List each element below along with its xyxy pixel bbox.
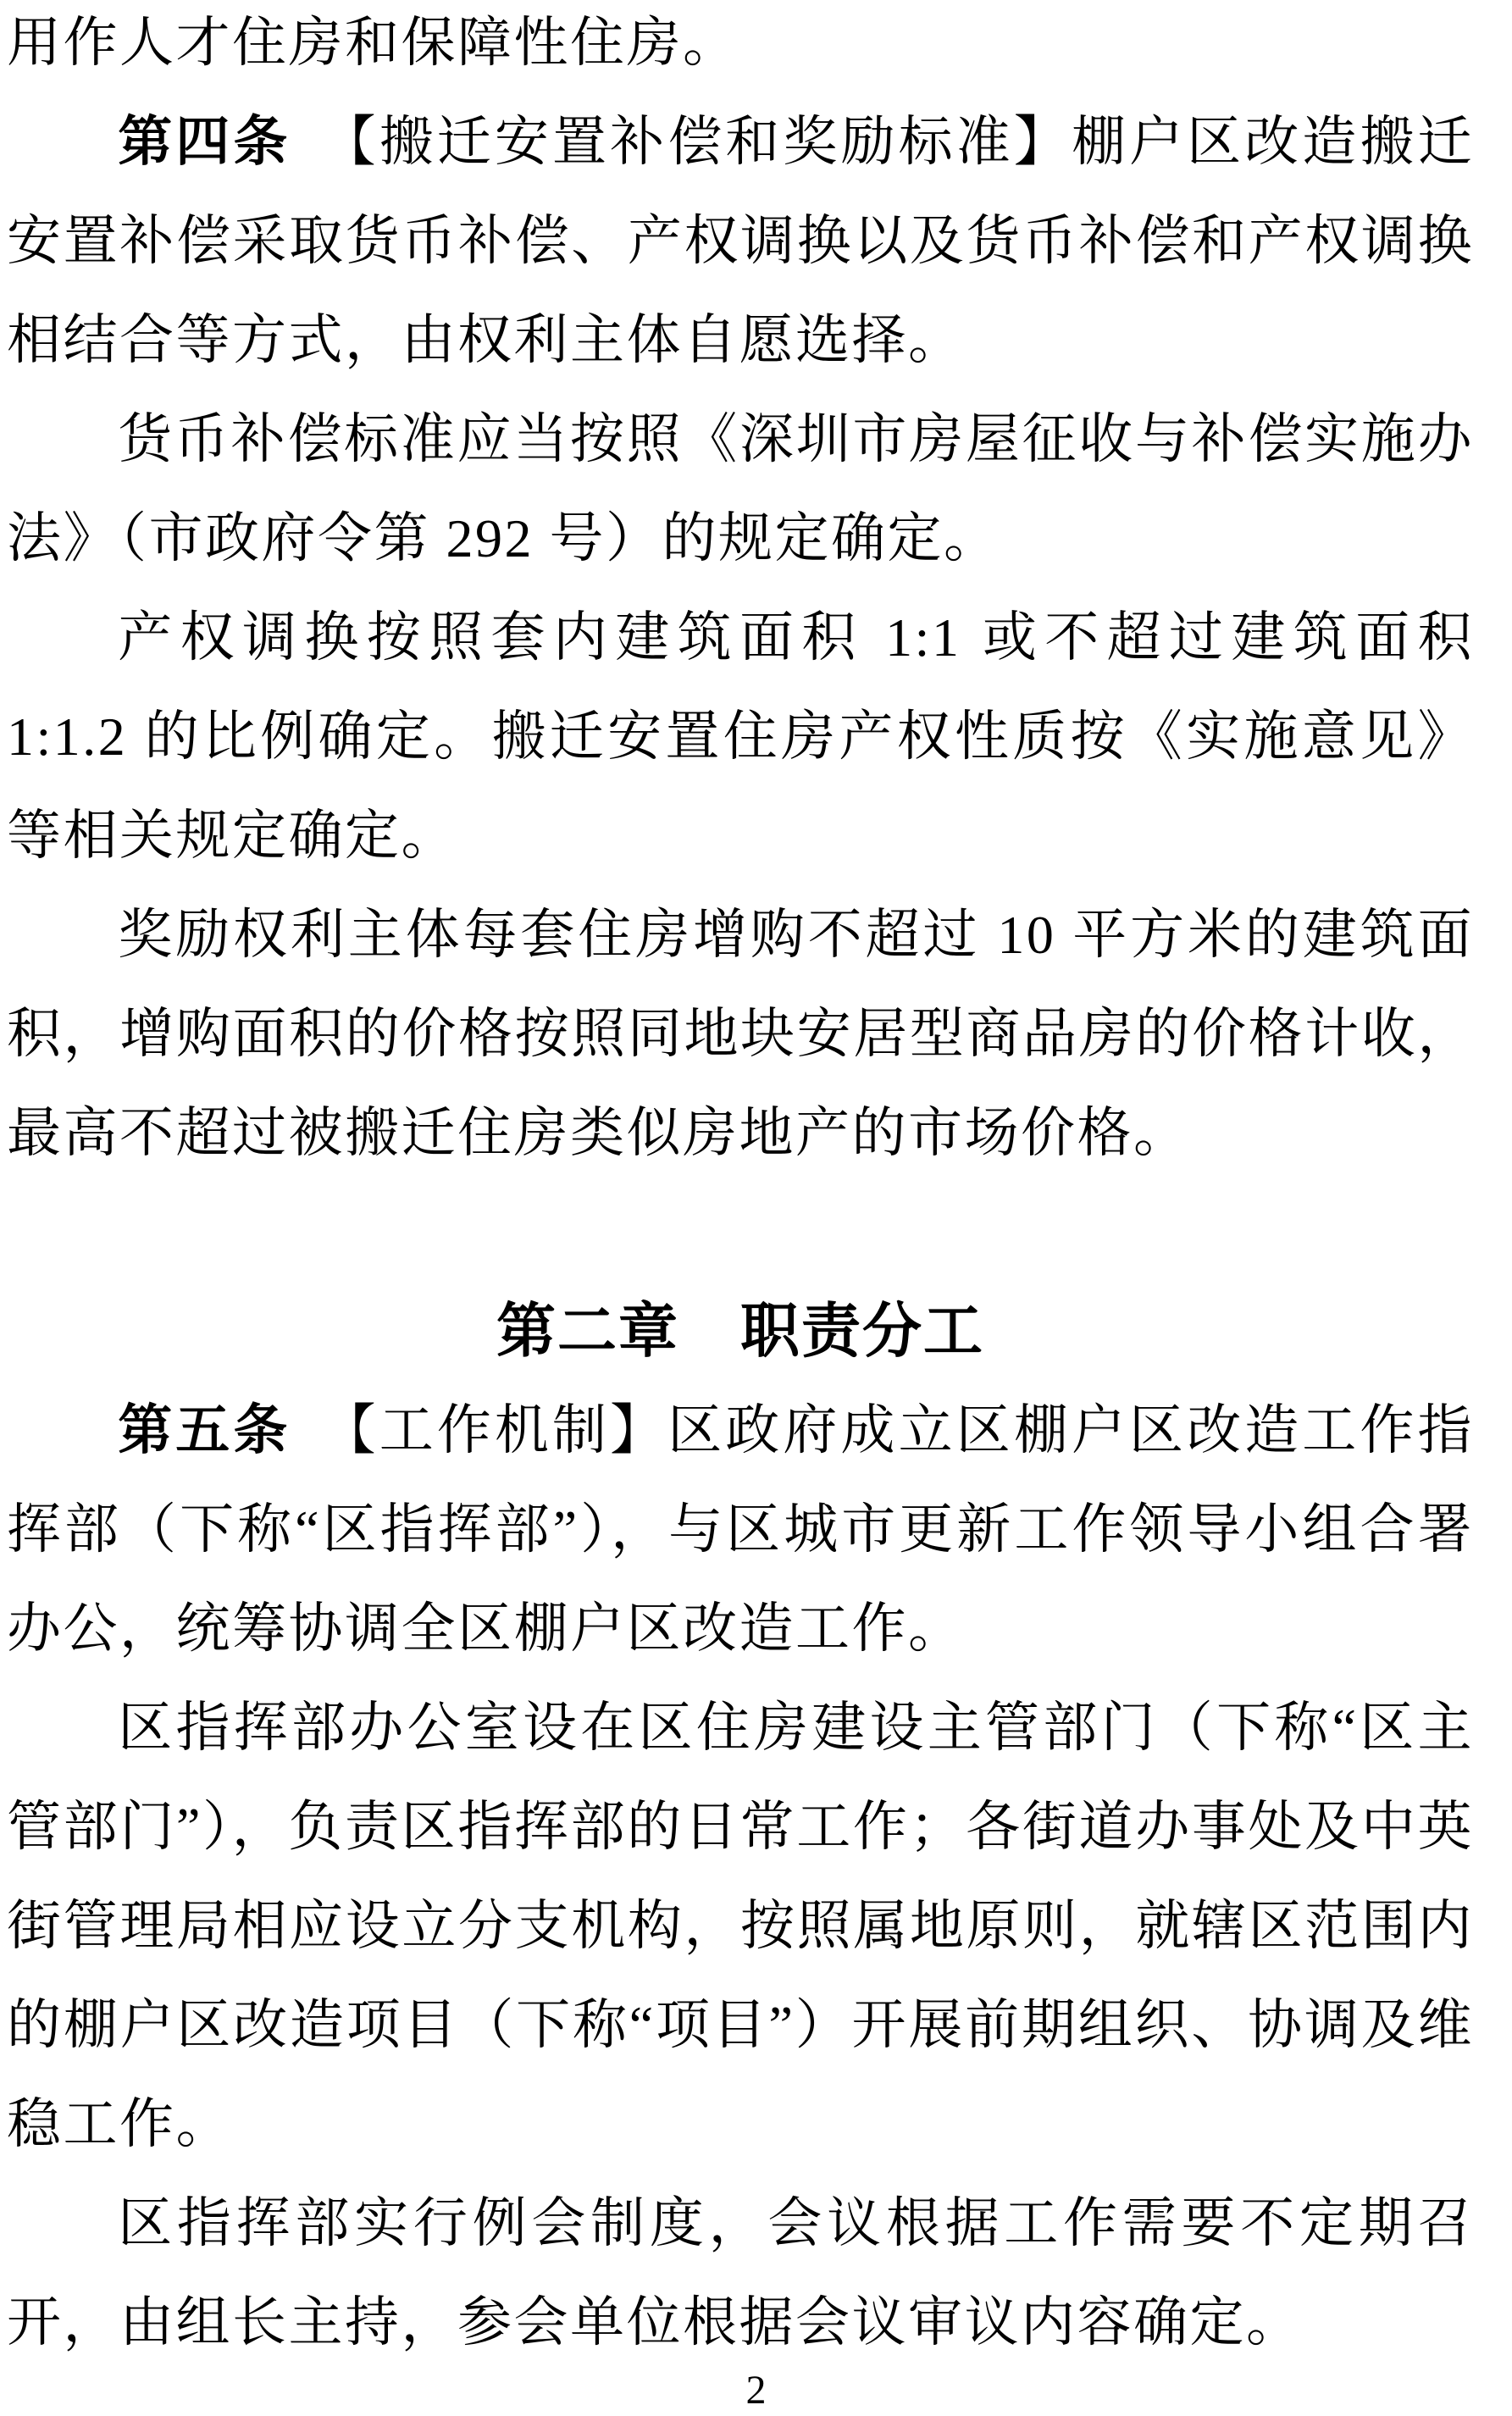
paragraph: 第五条 【工作机制】区政府成立区棚户区改造工作指挥部（下称“区指挥部”），与区城… bbox=[7, 1381, 1474, 1678]
text-run: 区指挥部办公室设在区住房建设主管部门（下称“区主管部门”），负责区指挥部的日常工… bbox=[7, 1698, 1474, 2154]
page-footer: 2 bbox=[0, 2370, 1512, 2411]
article-number-label: 第五条 bbox=[118, 1399, 291, 1460]
document-page: 用作人才住房和保障性住房。第四条 【搬迁安置补偿和奖励标准】棚户区改造搬迁安置补… bbox=[0, 0, 1512, 2416]
paragraph: 区指挥部实行例会制度，会议根据工作需要不定期召开，由组长主持，参会单位根据会议审… bbox=[7, 2174, 1474, 2372]
chapter-heading: 第二章 职责分工 bbox=[7, 1282, 1474, 1381]
article-number-label: 第四条 bbox=[118, 111, 291, 172]
article-number-label: 第二章 职责分工 bbox=[496, 1298, 984, 1364]
paragraph: 奖励权利主体每套住房增购不超过 10 平方米的建筑面积，增购面积的价格按照同地块… bbox=[7, 885, 1474, 1183]
page-number: 2 bbox=[746, 2368, 767, 2413]
text-run: 区指挥部实行例会制度，会议根据工作需要不定期召开，由组长主持，参会单位根据会议审… bbox=[7, 2193, 1474, 2352]
document-body: 用作人才住房和保障性住房。第四条 【搬迁安置补偿和奖励标准】棚户区改造搬迁安置补… bbox=[7, 0, 1474, 2372]
text-run: 货币补偿标准应当按照《深圳市房屋征收与补偿实施办法》（市政府令第 292 号）的… bbox=[7, 409, 1474, 568]
text-run: 用作人才住房和保障性住房。 bbox=[7, 13, 739, 73]
paragraph: 用作人才住房和保障性住房。 bbox=[7, 0, 1474, 92]
paragraph: 第四条 【搬迁安置补偿和奖励标准】棚户区改造搬迁安置补偿采取货币补偿、产权调换以… bbox=[7, 92, 1474, 390]
paragraph: 产权调换按照套内建筑面积 1:1 或不超过建筑面积 1:1.2 的比例确定。搬迁… bbox=[7, 588, 1474, 885]
paragraph: 货币补偿标准应当按照《深圳市房屋征收与补偿实施办法》（市政府令第 292 号）的… bbox=[7, 390, 1474, 588]
text-run: 产权调换按照套内建筑面积 1:1 或不超过建筑面积 1:1.2 的比例确定。搬迁… bbox=[7, 607, 1474, 866]
text-run: 奖励权利主体每套住房增购不超过 10 平方米的建筑面积，增购面积的价格按照同地块… bbox=[7, 905, 1474, 1163]
paragraph: 区指挥部办公室设在区住房建设主管部门（下称“区主管部门”），负责区指挥部的日常工… bbox=[7, 1678, 1474, 2174]
